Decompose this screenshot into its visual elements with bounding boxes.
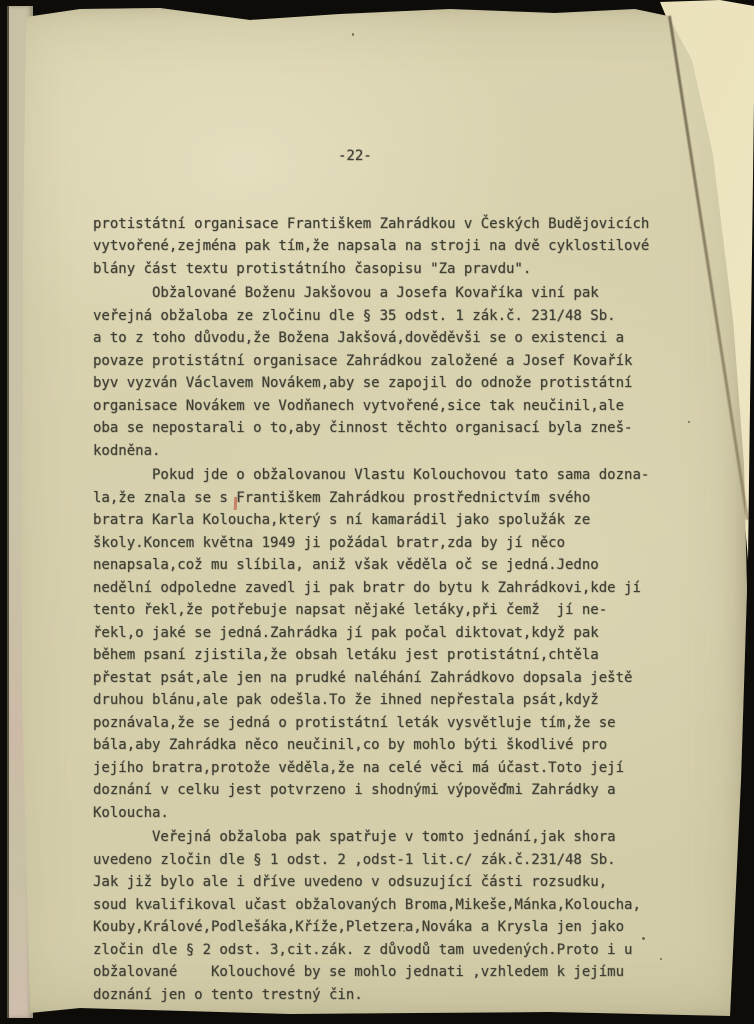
paper-speck bbox=[150, 906, 152, 908]
text-line: kodněna. bbox=[93, 440, 754, 463]
paper-speck bbox=[352, 33, 354, 36]
red-pen-mark bbox=[234, 497, 237, 510]
text-line: poznávala,že se jedná o protistátní letá… bbox=[93, 712, 754, 735]
text-line: zločin dle § 2 odst. 3,cit.zák. z důvodů… bbox=[93, 939, 754, 962]
text-line: a to z toho důvodu,že Božena Jakšová,dov… bbox=[93, 327, 754, 350]
text-line: nedělní odpoledne zavedl ji pak bratr do… bbox=[93, 577, 754, 600]
page-number: -22- bbox=[93, 145, 754, 168]
paper-speck bbox=[515, 946, 517, 948]
text-line: doznání jen o tento trestný čin. bbox=[93, 984, 754, 1007]
text-line: protistátní organisace Františkem Zahrád… bbox=[93, 213, 754, 236]
text-line: během psaní zjistila,že obsah letáku jes… bbox=[93, 644, 754, 667]
text-line: Pokud jde o obžalovanou Vlastu Kolouchov… bbox=[93, 464, 754, 487]
text-line: byv vyzván Václavem Novákem,aby se zapoj… bbox=[93, 372, 754, 395]
text-line: nenapsala,což mu slíbila, aniž však vědě… bbox=[93, 554, 754, 577]
text-line: Obžalované Boženu Jakšovou a Josefa Kova… bbox=[93, 282, 754, 305]
text-line: oba se nepostarali o to,aby činnost těch… bbox=[93, 417, 754, 440]
text-line: vytvořené,zejména pak tím,že napsala na … bbox=[93, 235, 754, 258]
text-line: bála,aby Zahrádka něco neučinil,co by mo… bbox=[93, 734, 754, 757]
text-line: Koloucha. bbox=[93, 802, 754, 825]
text-line: obžalované Kolouchové by se mohlo jednat… bbox=[93, 961, 754, 984]
text-line: uvedeno zločin dle § 1 odst. 2 ,odst-1 l… bbox=[93, 849, 754, 872]
scanned-photo-background: { "document": { "page_number": "-22-", "… bbox=[0, 0, 754, 1024]
document-page: -22- protistátní organisace Františkem Z… bbox=[0, 0, 754, 1024]
text-line: la,že znala se s Františkem Zahrádkou pr… bbox=[93, 487, 754, 510]
text-line: doznání v celku jest potvrzeno i shodným… bbox=[93, 779, 754, 802]
text-line: druhou blánu,ale pak odešla.To že ihned … bbox=[93, 689, 754, 712]
text-line: Kouby,Králové,Podlešáka,Kříže,Pletzera,N… bbox=[93, 916, 754, 939]
text-line: školy.Koncem května 1949 ji požádal brat… bbox=[93, 532, 754, 555]
text-line: Veřejná obžaloba pak spatřuje v tomto je… bbox=[93, 826, 754, 849]
paper-speck bbox=[403, 930, 405, 932]
text-line: Jak již bylo ale i dříve uvedeno v odsuz… bbox=[93, 871, 754, 894]
paper-speck bbox=[642, 937, 645, 940]
text-line: tento řekl,že potřebuje napsat nějaké le… bbox=[93, 599, 754, 622]
text-line: povaze protistátní organisace Zahrádkou … bbox=[93, 350, 754, 373]
text-line: veřejná obžaloba ze zločinu dle § 35 ods… bbox=[93, 305, 754, 328]
text-line: přestat psát,ale jen na prudké naléhání … bbox=[93, 667, 754, 690]
text-line: bratra Karla Koloucha,který s ní kamarád… bbox=[93, 509, 754, 532]
text-line: jejího bratra,protože věděla,že na celé … bbox=[93, 757, 754, 780]
typewritten-text: -22- protistátní organisace Františkem Z… bbox=[0, 0, 754, 1024]
text-line: soud kvalifikoval učast obžalovaných Bro… bbox=[93, 894, 754, 917]
text-line: blány část textu protistátního časopisu … bbox=[93, 258, 754, 281]
paper-speck bbox=[688, 421, 690, 423]
paper-speck bbox=[660, 958, 662, 960]
paragraphs-container: protistátní organisace Františkem Zahrád… bbox=[93, 213, 754, 1007]
text-line: organisace Novákem ve Vodňanech vytvořen… bbox=[93, 395, 754, 418]
text-line: řekl,o jaké se jedná.Zahrádka jí pak poč… bbox=[93, 622, 754, 645]
